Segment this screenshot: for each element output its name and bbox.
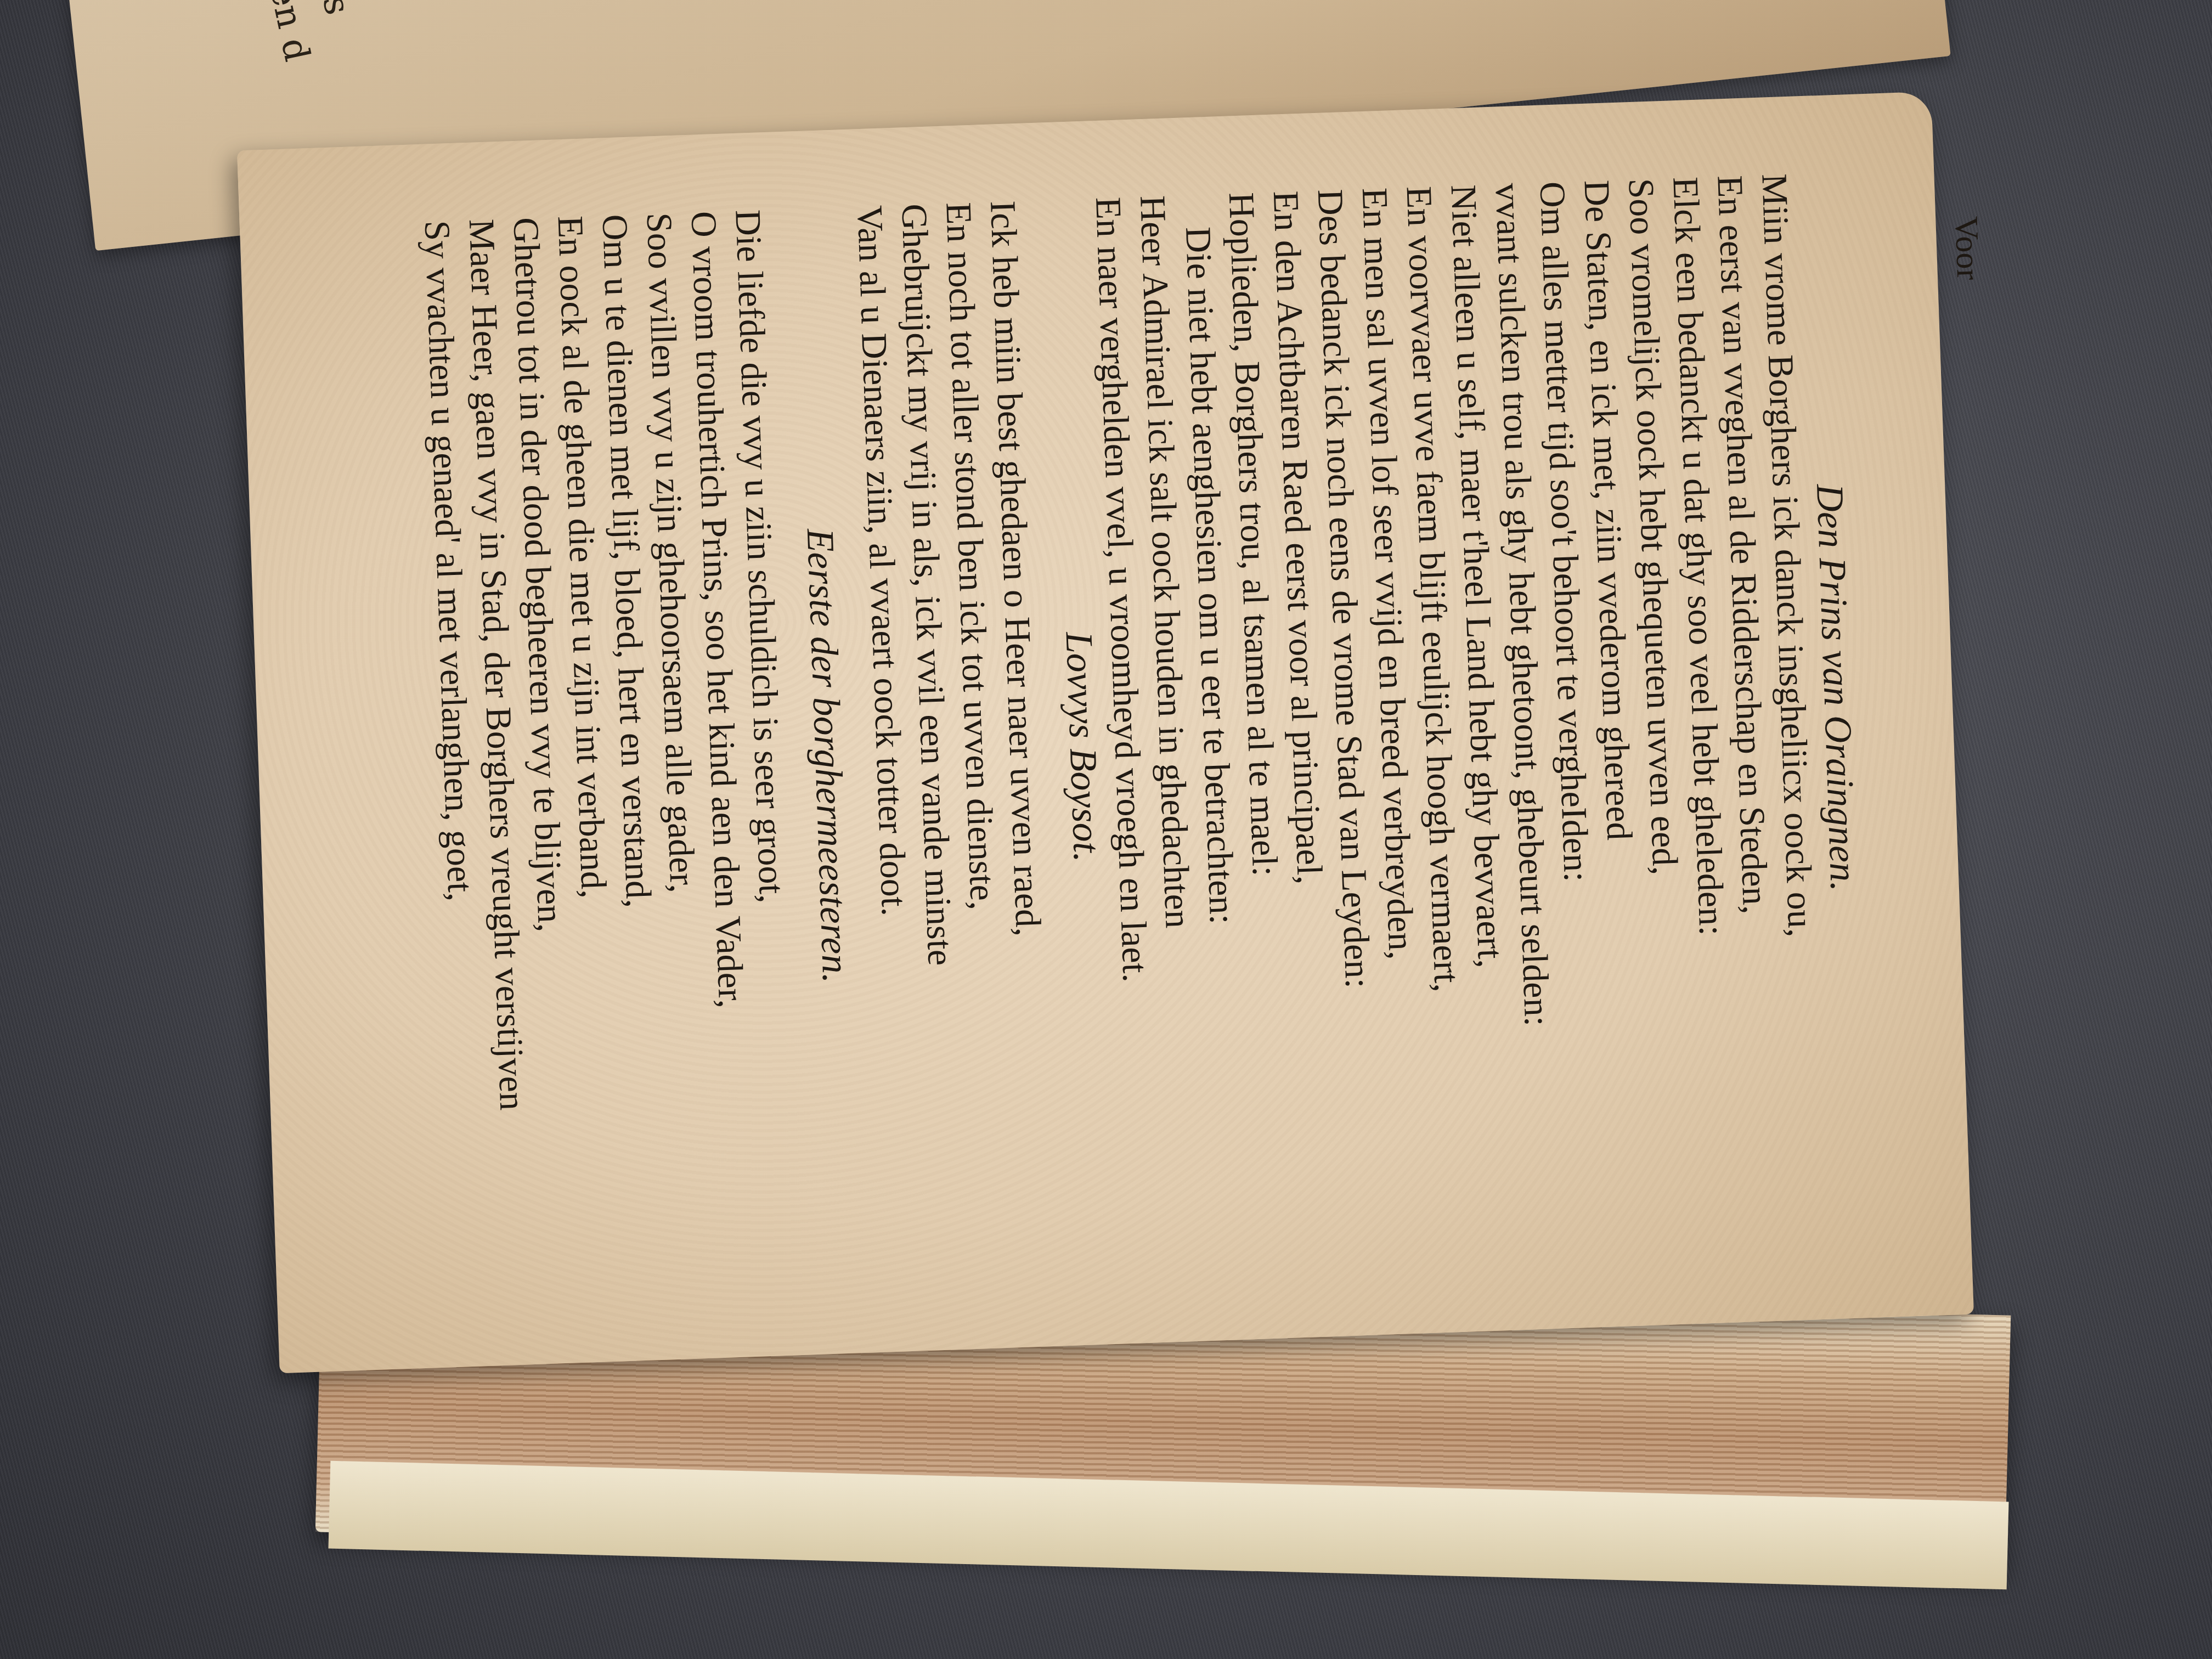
poem-text-block: Den Prins van Oraingnen. Miin vrome Borg… bbox=[415, 172, 1879, 1318]
recto-page: Voor Den Prins van Oraingnen. Miin vrome… bbox=[237, 92, 1974, 1373]
previous-page-line: Voor de bevvelen d bbox=[203, 0, 321, 66]
stanza-prince: Miin vrome Borghers ick danck insgheliic… bbox=[1086, 173, 1835, 1294]
catchword: Voor bbox=[1947, 216, 1987, 280]
stanza-burgomaster: Die liefde die vvy u ziin schuldich is s… bbox=[415, 209, 808, 1318]
previous-page-text: Voor de bevvelen d Eer vvy van dees Soo … bbox=[203, 0, 515, 66]
